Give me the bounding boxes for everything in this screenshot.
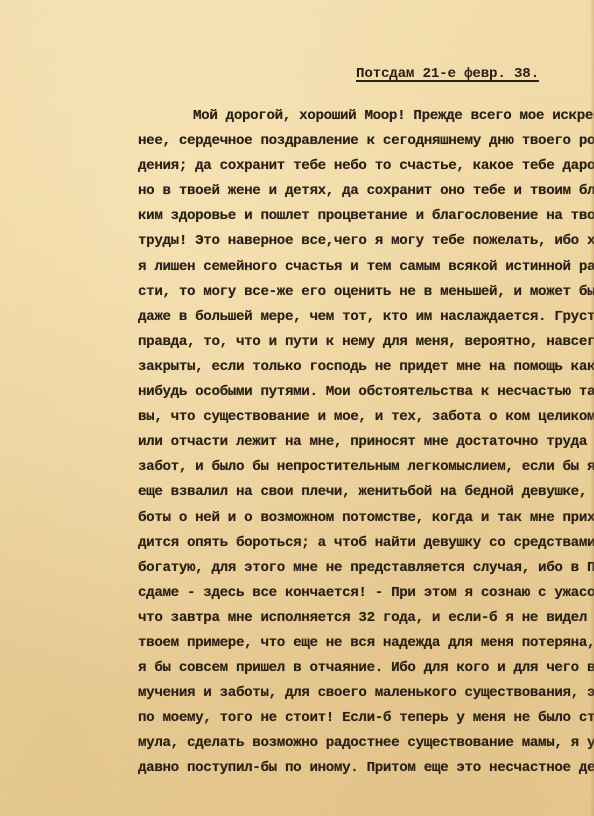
text-line: боты о ней и о возможном потомстве, когд…: [138, 506, 578, 531]
dateline: Потсдам 21-е февр. 38.: [356, 66, 539, 82]
text-line: правда, то, что и пути к нему для меня, …: [138, 330, 578, 355]
text-line: закрыты, если только господь не придет м…: [138, 355, 578, 380]
text-line: дения; да сохранит тебе небо то счастье,…: [138, 154, 578, 179]
text-line: труды! Это наверное все,чего я могу тебе…: [138, 229, 578, 254]
text-line: по моему, того не стоит! Если-б теперь у…: [138, 706, 578, 731]
text-line: давно поступил-бы по иному. Притом еще э…: [138, 756, 578, 781]
text-line: но в твоей жене и детях, да сохранит оно…: [138, 179, 578, 204]
text-line: нибудь особыми путями. Мои обстоятельств…: [138, 380, 578, 405]
text-line: я бы совсем пришел в отчаяние. Ибо для к…: [138, 656, 578, 681]
text-line: еще взвалил на свои плечи, женитьбой на …: [138, 480, 578, 505]
text-line: я лишен семейного счастья и тем самым вс…: [138, 255, 578, 280]
text-line: Мой дорогой, хороший Моор! Прежде всего …: [138, 104, 578, 129]
text-line: или отчасти лежит на мне, приносят мне д…: [138, 430, 578, 455]
text-line: мула, сделать возможно радостнее существ…: [138, 731, 578, 756]
text-line: сдаме - здесь все кончается! - При этом …: [138, 581, 578, 606]
text-line: забот, и было бы непростительным легкомы…: [138, 455, 578, 480]
text-line: мучения и заботы, для своего маленького …: [138, 681, 578, 706]
text-line: вы, что существование и мое, и тех, забо…: [138, 405, 578, 430]
text-line: богатую, для этого мне не представляется…: [138, 556, 578, 581]
text-line: ким здоровье и пошлет процветание и благ…: [138, 204, 578, 229]
text-line: сти, то могу все-же его оценить не в мен…: [138, 280, 578, 305]
letter-body: Мой дорогой, хороший Моор! Прежде всего …: [138, 104, 578, 782]
letter-page: Потсдам 21-е февр. 38. Мой дорогой, хоро…: [0, 0, 594, 816]
text-line: дится опять бороться; а чтоб найти девуш…: [138, 531, 578, 556]
text-line: твоем примере, что еще не вся надежда дл…: [138, 631, 578, 656]
text-line: нее, сердечное поздравление к сегодняшне…: [138, 129, 578, 154]
text-line: что завтра мне исполняется 32 года, и ес…: [138, 606, 578, 631]
text-line: даже в большей мере, чем тот, кто им нас…: [138, 305, 578, 330]
